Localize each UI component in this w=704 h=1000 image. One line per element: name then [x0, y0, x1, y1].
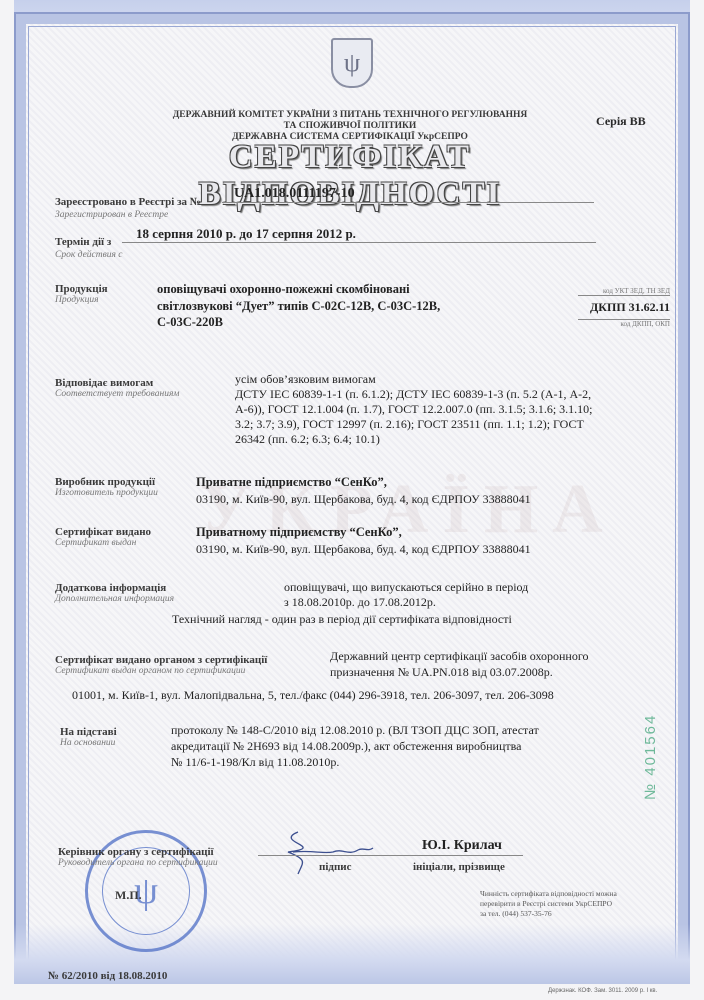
manufacturer-name: Приватне підприємство “СенКо”, [196, 474, 531, 491]
registry-entry: № 62/2010 від 18.08.2010 [48, 970, 167, 982]
basis-line: протоколу № 148-С/2010 від 12.08.2010 р.… [171, 722, 539, 738]
requirements-line: ДСТУ IEC 60839-1-1 (п. 6.1.2); ДСТУ IEC … [235, 387, 592, 402]
requirements-text: усім обов’язковим вимогам ДСТУ IEC 60839… [235, 372, 592, 447]
issued-to-sublabel: Сертификат выдан [55, 538, 151, 548]
code-bottom-label: код ДКПП, ОКП [578, 320, 670, 328]
validity-label: Термін дії з [55, 236, 111, 248]
supervision-note: Технічний нагляд - один раз в період дії… [172, 612, 512, 627]
registration-block: Зареєстровано в Реєстрі за № Зарегистрир… [55, 192, 201, 220]
issued-to-info: Приватному підприємству “СенКо”, 03190, … [196, 524, 531, 558]
manufacturer-label-block: Виробник продукції Изготовитель продукци… [55, 476, 158, 498]
product-line: оповіщувачі охоронно-пожежні скомбінован… [157, 281, 440, 298]
cert-body-address: 01001, м. Київ-1, вул. Малопідвальна, 5,… [72, 688, 554, 703]
requirements-sublabel: Соответствует требованиям [55, 389, 179, 399]
manufacturer-address: 03190, м. Київ-90, вул. Щербакова, буд. … [196, 491, 531, 508]
verification-line: за тел. (044) 537-35-76 [480, 909, 617, 919]
issued-to-address: 03190, м. Київ-90, вул. Щербакова, буд. … [196, 541, 531, 558]
authority-line: ТА СПОЖИВЧОЇ ПОЛІТИКИ [150, 121, 550, 132]
series: Серія ВВ [596, 114, 646, 129]
product-label: Продукція [55, 283, 108, 295]
cert-body-line: Державний центр сертифікації засобів охо… [330, 648, 588, 664]
issued-to-label: Сертифікат видано [55, 526, 151, 538]
cert-body-sublabel: Сертификат выдан органом по сертификации [55, 666, 267, 676]
name-caption: ініціали, прізвище [413, 861, 505, 873]
verification-line: Чинність сертифіката відповідності можна [480, 889, 617, 899]
registration-label: Зареєстровано в Реєстрі за № [55, 196, 201, 208]
signature-line [258, 855, 523, 856]
certificate-sheet: ψ УКРАЇНА ДЕРЖАВНИЙ КОМІТЕТ УКРАЇНИ З ПИ… [0, 0, 704, 1000]
cert-body-info: Державний центр сертифікації засобів охо… [330, 648, 588, 680]
signatory-role-sublabel: Руководитель органа по сертификации [58, 858, 218, 868]
basis-sublabel: На основании [60, 738, 117, 748]
product-code-block: код УКТ ЗЕД, ТН ЗЕД ДКПП 31.62.11 код ДК… [578, 287, 670, 328]
registration-sublabel: Зарегистрирован в Реестре [55, 210, 201, 220]
additional-line: оповіщувачі, що випускаються серійно в п… [284, 580, 528, 595]
cert-body-line: призначення № UA.PN.018 від 03.07.2008р. [330, 664, 588, 680]
issued-to-name: Приватному підприємству “СенКо”, [196, 524, 531, 541]
manufacturer-info: Приватне підприємство “СенКо”, 03190, м.… [196, 474, 531, 508]
signatory-role-label: Керівник органу з сертифікації [58, 846, 218, 858]
requirements-label-block: Відповідає вимогам Соответствует требова… [55, 377, 179, 399]
additional-label-block: Додаткова інформація Дополнительная инфо… [55, 582, 174, 604]
basis-line: № 11/6-1-198/Кл від 11.08.2010р. [171, 754, 539, 770]
basis-label: На підставі [60, 726, 117, 738]
signatory-name: Ю.І. Крилач [422, 838, 502, 854]
verification-line: перевірити в Реєстрі системи УкрСЕПРО [480, 899, 617, 909]
issued-to-label-block: Сертифікат видано Сертификат выдан [55, 526, 151, 548]
printer-note: Держзнак. КОФ. Зам. 3011. 2009 р. І кв. [548, 988, 657, 994]
requirements-label: Відповідає вимогам [55, 377, 179, 389]
manufacturer-label: Виробник продукції [55, 476, 158, 488]
basis-text: протоколу № 148-С/2010 від 12.08.2010 р.… [171, 722, 539, 770]
product-sublabel: Продукция [55, 295, 108, 305]
product-code: ДКПП 31.62.11 [578, 296, 670, 320]
authority-line: ДЕРЖАВНИЙ КОМІТЕТ УКРАЇНИ З ПИТАНЬ ТЕХНІ… [150, 110, 550, 121]
product-line: С-03С-220В [157, 314, 440, 331]
additional-line: з 18.08.2010р. до 17.08.2012р. [284, 595, 528, 610]
signature-caption: підпис [319, 861, 352, 873]
additional-sublabel: Дополнительная информация [55, 594, 174, 604]
verification-note: Чинність сертифіката відповідності можна… [480, 889, 617, 919]
serial-number: № 401564 [642, 714, 659, 800]
validity-period: 18 серпня 2010 р. до 17 серпня 2012 р. [122, 226, 596, 243]
cert-body-label: Сертифікат видано органом з сертифікації [55, 654, 267, 666]
requirements-line: 26342 (пп. 6.2; 6.3; 6.4; 10.1) [235, 432, 592, 447]
signature-label-block: Керівник органу з сертифікації Руководит… [58, 846, 218, 868]
requirements-line: А-6)), ГОСТ 12.1.004 (п. 1.7), ГОСТ 12.2… [235, 402, 592, 417]
trident-crest-icon: ψ [331, 38, 373, 88]
additional-info: оповіщувачі, що випускаються серійно в п… [284, 580, 528, 610]
additional-label: Додаткова інформація [55, 582, 174, 594]
manufacturer-sublabel: Изготовитель продукции [55, 488, 158, 498]
requirements-line: 3.2; 3.7; 3.9), ГОСТ 12997 (п. 2.16); ГО… [235, 417, 592, 432]
validity-sublabel: Срок действия с [55, 250, 123, 260]
product-label-block: Продукція Продукция [55, 283, 108, 305]
seal-mark: М.П. [115, 888, 142, 903]
product-description: оповіщувачі охоронно-пожежні скомбінован… [157, 281, 440, 331]
validity-block: Термін дії з Срок действия с [55, 232, 123, 260]
code-top-label: код УКТ ЗЕД, ТН ЗЕД [578, 287, 670, 296]
registration-number: UA1.018.0111197-10 [222, 186, 594, 203]
basis-label-block: На підставі На основании [60, 726, 117, 748]
cert-body-label-block: Сертифікат видано органом з сертифікації… [55, 654, 267, 676]
basis-line: акредитації № 2Н693 від 14.08.2009р.), а… [171, 738, 539, 754]
product-line: світлозвукові “Дует” типів С-02С-12В, С-… [157, 298, 440, 315]
requirements-line: усім обов’язковим вимогам [235, 372, 592, 387]
